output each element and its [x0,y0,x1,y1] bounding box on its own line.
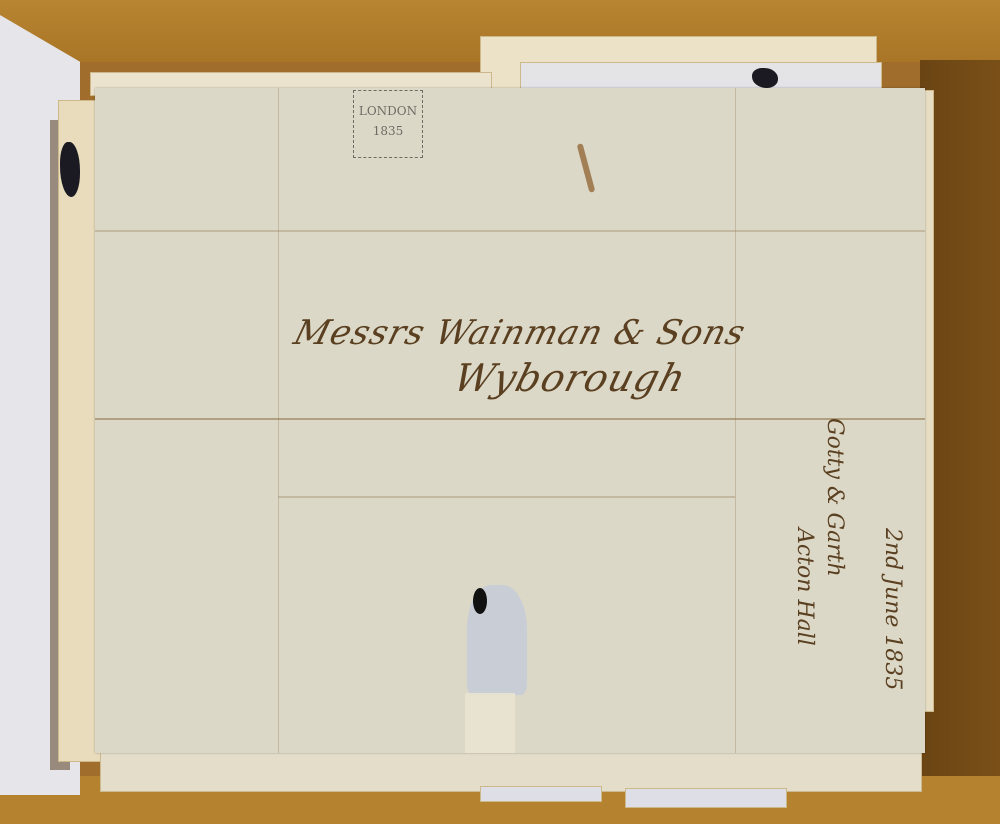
fold-line [278,496,735,498]
folded-letter: LONDON 1835 Messrs Wainman & Sons Wyboro… [95,88,925,753]
wax-seal-left [60,142,80,197]
repair-tape [465,693,515,753]
docket-line-1: Gotty & Garth [822,418,847,577]
fold-line [95,230,925,232]
fold-line [735,88,736,753]
docket-date: 2nd June 1835 [880,528,905,690]
stacked-paper-bottom-tab-2 [625,788,787,808]
stacked-paper-bottom-tab [480,786,602,802]
wax-seal-fragment [473,588,487,614]
fold-line [278,88,279,753]
fold-line [95,418,925,420]
wax-seal-top [752,68,778,88]
docket-line-2: Acton Hall [792,528,817,646]
ink-stain [577,143,596,193]
address-line-2: Wyborough [449,356,691,400]
postmark-stamp: LONDON 1835 [353,90,423,158]
address-line-1: Messrs Wainman & Sons [290,313,750,353]
